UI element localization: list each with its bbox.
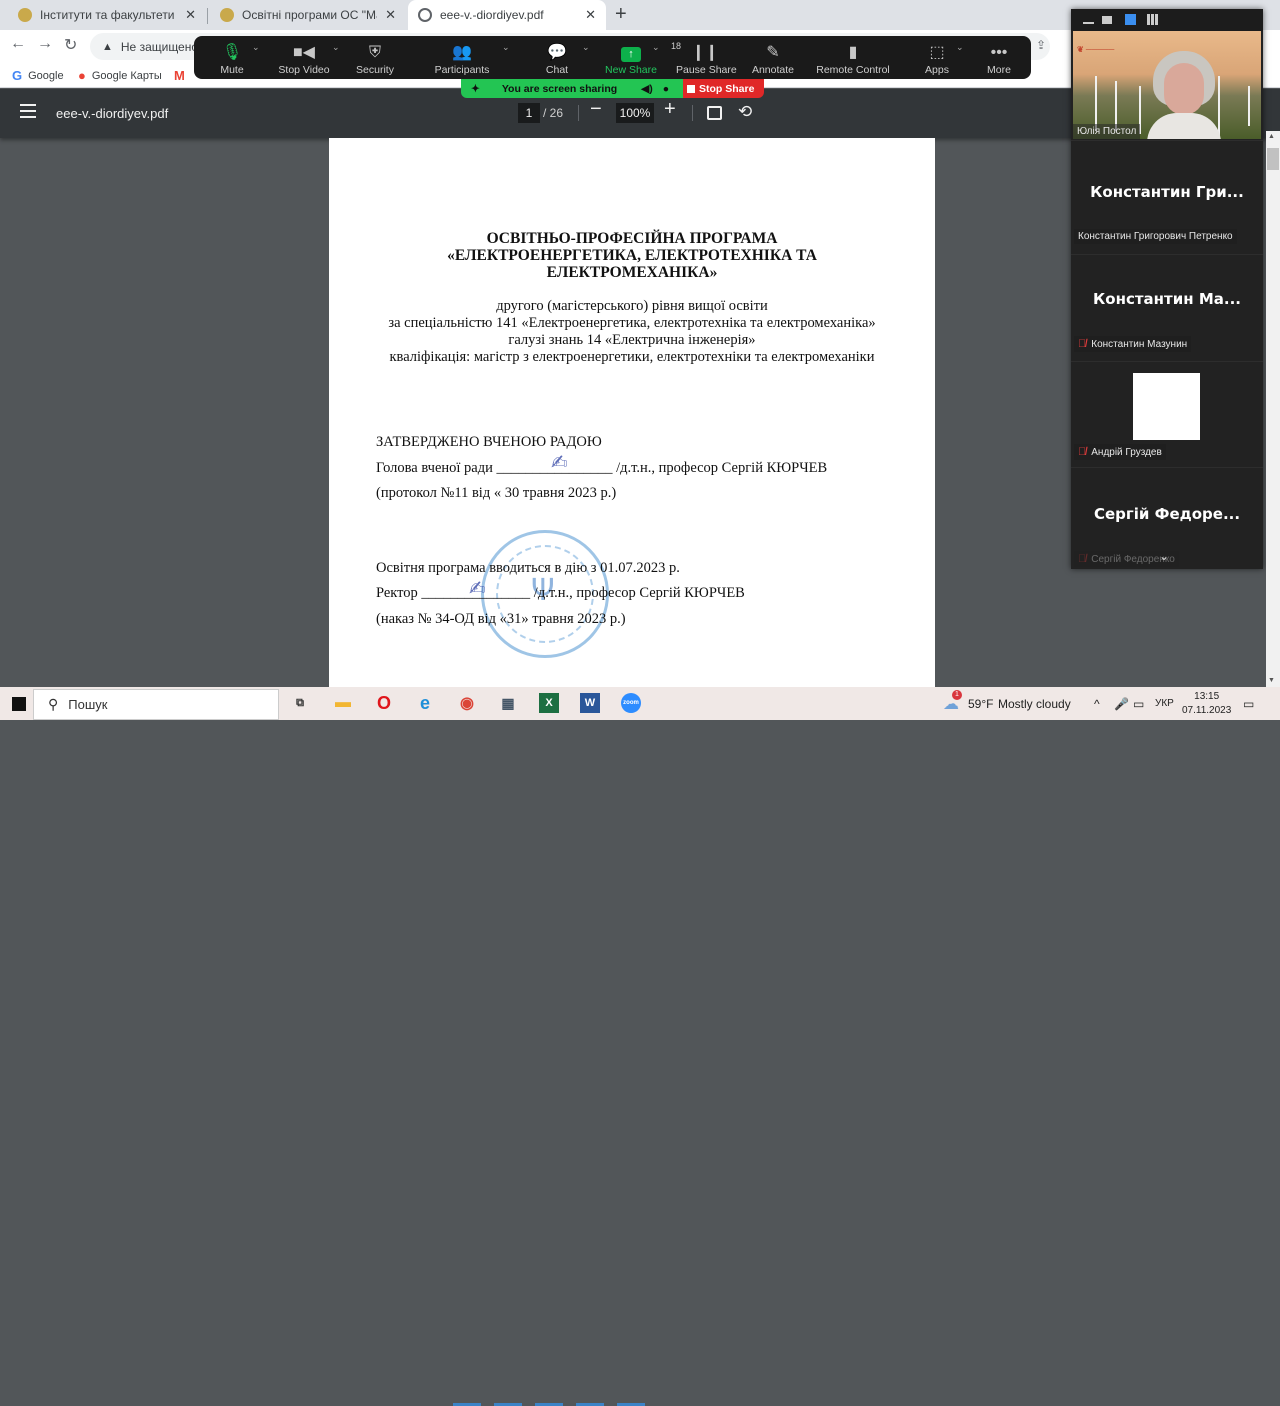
search-icon: ⚲ (48, 696, 58, 713)
sharing-status[interactable]: ✦ You are screen sharing ◀) ● (461, 79, 683, 98)
zoom-in-button[interactable]: + (664, 98, 676, 121)
mouse-icon: ▮ (816, 36, 890, 62)
pdf-page: ОСВІТНЬО-ПРОФЕСІЙНА ПРОГРАМА «ЕЛЕКТРОЕНЕ… (329, 138, 935, 688)
pdf-scrollbar[interactable] (1266, 131, 1280, 687)
taskbar-search[interactable]: ⚲ Пошук (33, 689, 279, 720)
participant-display-name: Сергій Федоре... (1071, 505, 1263, 523)
system-clock[interactable]: 13:15 07.11.2023 (1182, 690, 1231, 718)
microphone-icon: 🎙 (212, 36, 252, 62)
globe-icon (418, 8, 432, 22)
weather-temperature[interactable]: 59°F (968, 697, 993, 711)
tab-divider (207, 8, 208, 24)
participant-video-blank (1133, 373, 1200, 440)
pause-share-button[interactable]: ❙❙ Pause Share (676, 36, 734, 79)
subtitle-line: галузі знань 14 «Електрична інженерія» (329, 332, 935, 349)
button-label: Pause Share (676, 64, 734, 76)
scroll-down-arrow-icon[interactable]: ▼ (1268, 677, 1275, 684)
university-crest-icon (220, 8, 234, 22)
video-tile-active-speaker[interactable]: ❦ ───── Юлія Постол (1073, 31, 1261, 139)
chevron-down-icon[interactable]: ⌄ (956, 42, 964, 53)
tab-title: eee-v.-diordiyev.pdf (440, 8, 577, 22)
microphone-tray-icon[interactable]: 🎤 (1114, 697, 1129, 711)
edge-icon[interactable]: e (415, 693, 435, 713)
chevron-down-icon[interactable]: ⌄ (502, 42, 510, 53)
button-label: Participants (432, 64, 492, 76)
button-label: Annotate (750, 64, 796, 76)
more-button[interactable]: ••• More (984, 36, 1014, 79)
close-tab-icon[interactable]: ✕ (385, 7, 396, 23)
task-view-icon[interactable]: ⧉ (290, 693, 310, 713)
button-label: More (984, 64, 1014, 76)
tile-divider (1071, 140, 1263, 141)
clock-date: 07.11.2023 (1182, 704, 1231, 718)
participant-display-name: Константин Гри... (1071, 183, 1263, 201)
button-label: Security (354, 64, 396, 76)
drag-handle-icon[interactable]: ✦ (471, 83, 480, 95)
university-crest-icon (18, 8, 32, 22)
apps-button[interactable]: ⬚ Apps (924, 36, 950, 79)
reload-icon[interactable]: ↻ (64, 35, 77, 55)
program-title: ОСВІТНЬО-ПРОФЕСІЙНА ПРОГРАМА «ЕЛЕКТРОЕНЕ… (329, 230, 935, 281)
pause-icon: ❙❙ (676, 36, 734, 62)
chevron-down-icon[interactable]: ⌄ (582, 42, 590, 53)
participant-name: Константин Григорович Петренко (1078, 231, 1233, 242)
forward-arrow-icon[interactable]: → (37, 35, 53, 53)
muted-microphone-icon: 🎙̸ (1078, 553, 1086, 565)
bookmark-gmail[interactable]: M (174, 68, 191, 83)
participant-name-label: 🎙̸ Андрій Груздев (1074, 444, 1166, 460)
pdf-filename: eee-v.-diordiyev.pdf (56, 106, 168, 121)
participant-video (1153, 51, 1215, 139)
button-label: New Share (604, 64, 658, 76)
mute-button[interactable]: 🎙 Mute (212, 36, 252, 79)
subtitle-line: кваліфікація: магістр з електроенергетик… (329, 349, 935, 366)
scrollbar-thumb[interactable] (1267, 148, 1279, 170)
chevron-down-icon[interactable]: ⌄ (332, 42, 340, 53)
bookmark-label: Google (28, 70, 63, 82)
pencil-icon: ✎ (750, 36, 796, 62)
bookmark-google[interactable]: G Google (12, 68, 64, 83)
chevron-down-icon[interactable]: ⌄ (652, 42, 660, 53)
weather-badge: 1 (952, 690, 962, 700)
sharing-status-text: You are screen sharing (502, 83, 617, 95)
scroll-up-arrow-icon[interactable]: ▲ (1268, 133, 1275, 140)
chevron-down-icon[interactable]: ⌄ (252, 42, 260, 53)
notifications-icon[interactable]: ▭ (1243, 697, 1254, 711)
zoom-level-input[interactable]: 100% (616, 103, 654, 123)
button-label: Chat (542, 64, 572, 76)
tile-divider (1071, 361, 1263, 362)
university-logo: ❦ ───── (1077, 45, 1114, 54)
turbine (1218, 76, 1220, 136)
button-label: Remote Control (816, 64, 890, 76)
new-share-button[interactable]: ↑ New Share (604, 36, 658, 79)
file-explorer-icon[interactable]: ▬ (333, 693, 353, 713)
language-indicator[interactable]: УКР (1155, 698, 1174, 709)
button-label: Mute (212, 64, 252, 76)
clock-time: 13:15 (1182, 690, 1231, 704)
annotate-button[interactable]: ✎ Annotate (750, 36, 796, 79)
page-total: / 26 (543, 106, 563, 120)
security-status: Не защищено (121, 40, 198, 54)
chat-button[interactable]: 💬 Chat (542, 36, 572, 79)
participant-name: Константин Мазунин (1091, 339, 1187, 350)
scroll-down-chevron-icon[interactable]: ⌄ (1159, 549, 1169, 563)
new-tab-button[interactable]: + (615, 3, 627, 26)
bookmark-google-maps[interactable]: ● Google Карты (78, 68, 162, 83)
zoom-gallery-panel: ❦ ───── Юлія Постол Константин Гри... Ко… (1071, 9, 1263, 569)
tab-title: Освітні програми ОС "Магістр (242, 8, 377, 22)
gmail-icon: M (174, 68, 185, 83)
share-arrow-icon: ↑ (604, 36, 658, 62)
button-label: Apps (924, 64, 950, 76)
chrome-icon[interactable]: ◉ (457, 693, 477, 713)
network-icon[interactable]: ▭ (1133, 697, 1144, 711)
screen-sharing-banner: ✦ You are screen sharing ◀) ● Stop Share (461, 79, 764, 98)
tab-title: Інститути та факультети - Тавр (40, 8, 177, 22)
approval-protocol: (протокол №11 від « 30 травня 2023 р.) (376, 485, 616, 502)
hamburger-menu-icon[interactable] (20, 104, 36, 118)
gallery-view-controls (1071, 9, 1263, 31)
bookmark-label: Google Карты (92, 70, 162, 82)
strip-view-icon[interactable] (1125, 14, 1136, 25)
close-tab-icon[interactable]: ✕ (585, 7, 596, 23)
search-placeholder: Пошук (68, 697, 107, 712)
shield-icon: ⛨ (354, 36, 396, 62)
participant-name: Андрій Груздев (1091, 447, 1162, 458)
gallery-view-icon[interactable] (1147, 14, 1158, 25)
muted-microphone-icon: 🎙̸ (1078, 446, 1086, 458)
program-subtitle: другого (магістерського) рівня вищої осв… (329, 298, 935, 366)
stop-share-button[interactable]: Stop Share (683, 79, 764, 98)
browser-tab-1[interactable]: Інститути та факультети - Тавр ✕ (8, 0, 206, 30)
google-logo-icon: G (12, 68, 22, 83)
zoom-meeting-toolbar: 🎙 Mute ⌄ ■◀ Stop Video ⌄ ⛨ Security 👥 Pa… (194, 36, 1031, 79)
close-tab-icon[interactable]: ✕ (185, 7, 196, 23)
rotate-icon[interactable]: ⟲ (738, 102, 752, 122)
windows-taskbar: ⚲ Пошук ⧉ ▬ O e ◉ ▦ X W zoom ☁ 1 59°F Mo… (0, 687, 1280, 720)
share-page-icon[interactable]: ⇪ (1036, 38, 1046, 52)
video-camera-icon: ■◀ (276, 36, 332, 62)
speaker-icon[interactable]: ◀) (641, 83, 653, 95)
zoom-app-icon[interactable]: zoom (621, 693, 641, 713)
title-line: ОСВІТНЬО-ПРОФЕСІЙНА ПРОГРАМА (329, 230, 935, 247)
enactment-order: (наказ № 34-ОД від «31» травня 2023 р.) (376, 611, 626, 628)
minimize-icon[interactable] (1083, 22, 1094, 24)
tile-divider (1071, 467, 1263, 468)
zoom-out-button[interactable]: − (590, 98, 602, 121)
subtitle-line: другого (магістерського) рівня вищої осв… (329, 298, 935, 315)
participants-button[interactable]: 👥 Participants (432, 36, 492, 79)
warning-triangle-icon: ▲ (102, 41, 113, 53)
participants-icon: 👥 (432, 36, 492, 62)
browser-tab-3[interactable]: eee-v.-diordiyev.pdf ✕ (408, 0, 606, 30)
approval-heading: ЗАТВЕРДЖЕНО ВЧЕНОЮ РАДОЮ (376, 434, 602, 451)
participant-name-label: 🎙̸ Константин Мазунин (1074, 336, 1191, 352)
title-line: ЕЛЕКТРОМЕХАНІКА» (329, 264, 935, 281)
back-arrow-icon[interactable]: ← (10, 35, 26, 53)
divider (692, 105, 693, 121)
stop-share-label: Stop Share (699, 83, 754, 95)
apps-icon: ⬚ (924, 36, 950, 62)
enactment-rector-line: Ректор _______________ /д.т.н., професор… (376, 585, 745, 602)
browser-tab-2[interactable]: Освітні програми ОС "Магістр ✕ (210, 0, 406, 30)
title-line: «ЕЛЕКТРОЕНЕРГЕТИКА, ЕЛЕКТРОТЕХНІКА ТА (329, 247, 935, 264)
signature-mark: ✍ (551, 450, 568, 474)
opera-icon[interactable]: O (374, 693, 394, 713)
signature-mark: ✍ (469, 576, 486, 600)
shield-check-icon: ● (663, 83, 669, 95)
divider (578, 105, 579, 121)
turbine (1095, 76, 1097, 131)
windows-start-icon[interactable] (12, 697, 26, 711)
muted-microphone-icon: 🎙̸ (1078, 338, 1086, 350)
turbine (1248, 86, 1250, 126)
speaker-view-icon[interactable] (1102, 16, 1112, 24)
enactment-effective: Освітня програма вводиться в дію з 01.07… (376, 560, 680, 577)
page-number-input[interactable]: 1 (518, 103, 540, 123)
chat-icon: 💬 (542, 36, 572, 62)
security-button[interactable]: ⛨ Security (354, 36, 396, 79)
participant-name-label: Юлія Постол (1073, 124, 1140, 139)
word-icon[interactable]: W (580, 693, 600, 713)
ellipsis-icon: ••• (984, 36, 1014, 62)
participant-display-name: Константин Ма... (1071, 290, 1263, 308)
excel-icon[interactable]: X (539, 693, 559, 713)
show-hidden-icons-chevron-icon[interactable]: ^ (1094, 697, 1100, 711)
stop-video-button[interactable]: ■◀ Stop Video (276, 36, 332, 79)
fit-to-page-icon[interactable] (707, 106, 722, 120)
approval-chair-line: Голова вченої ради ________________ /д.т… (376, 460, 827, 477)
participant-name-label: Константин Григорович Петренко (1074, 229, 1237, 244)
weather-description[interactable]: Mostly cloudy (998, 697, 1071, 711)
calculator-icon[interactable]: ▦ (498, 693, 518, 713)
subtitle-line: за спеціальністю 141 «Електроенергетика,… (329, 315, 935, 332)
stop-square-icon (687, 85, 695, 93)
button-label: Stop Video (276, 64, 332, 76)
tile-divider (1071, 254, 1263, 255)
map-pin-icon: ● (78, 68, 86, 83)
remote-control-button[interactable]: ▮ Remote Control (816, 36, 890, 79)
